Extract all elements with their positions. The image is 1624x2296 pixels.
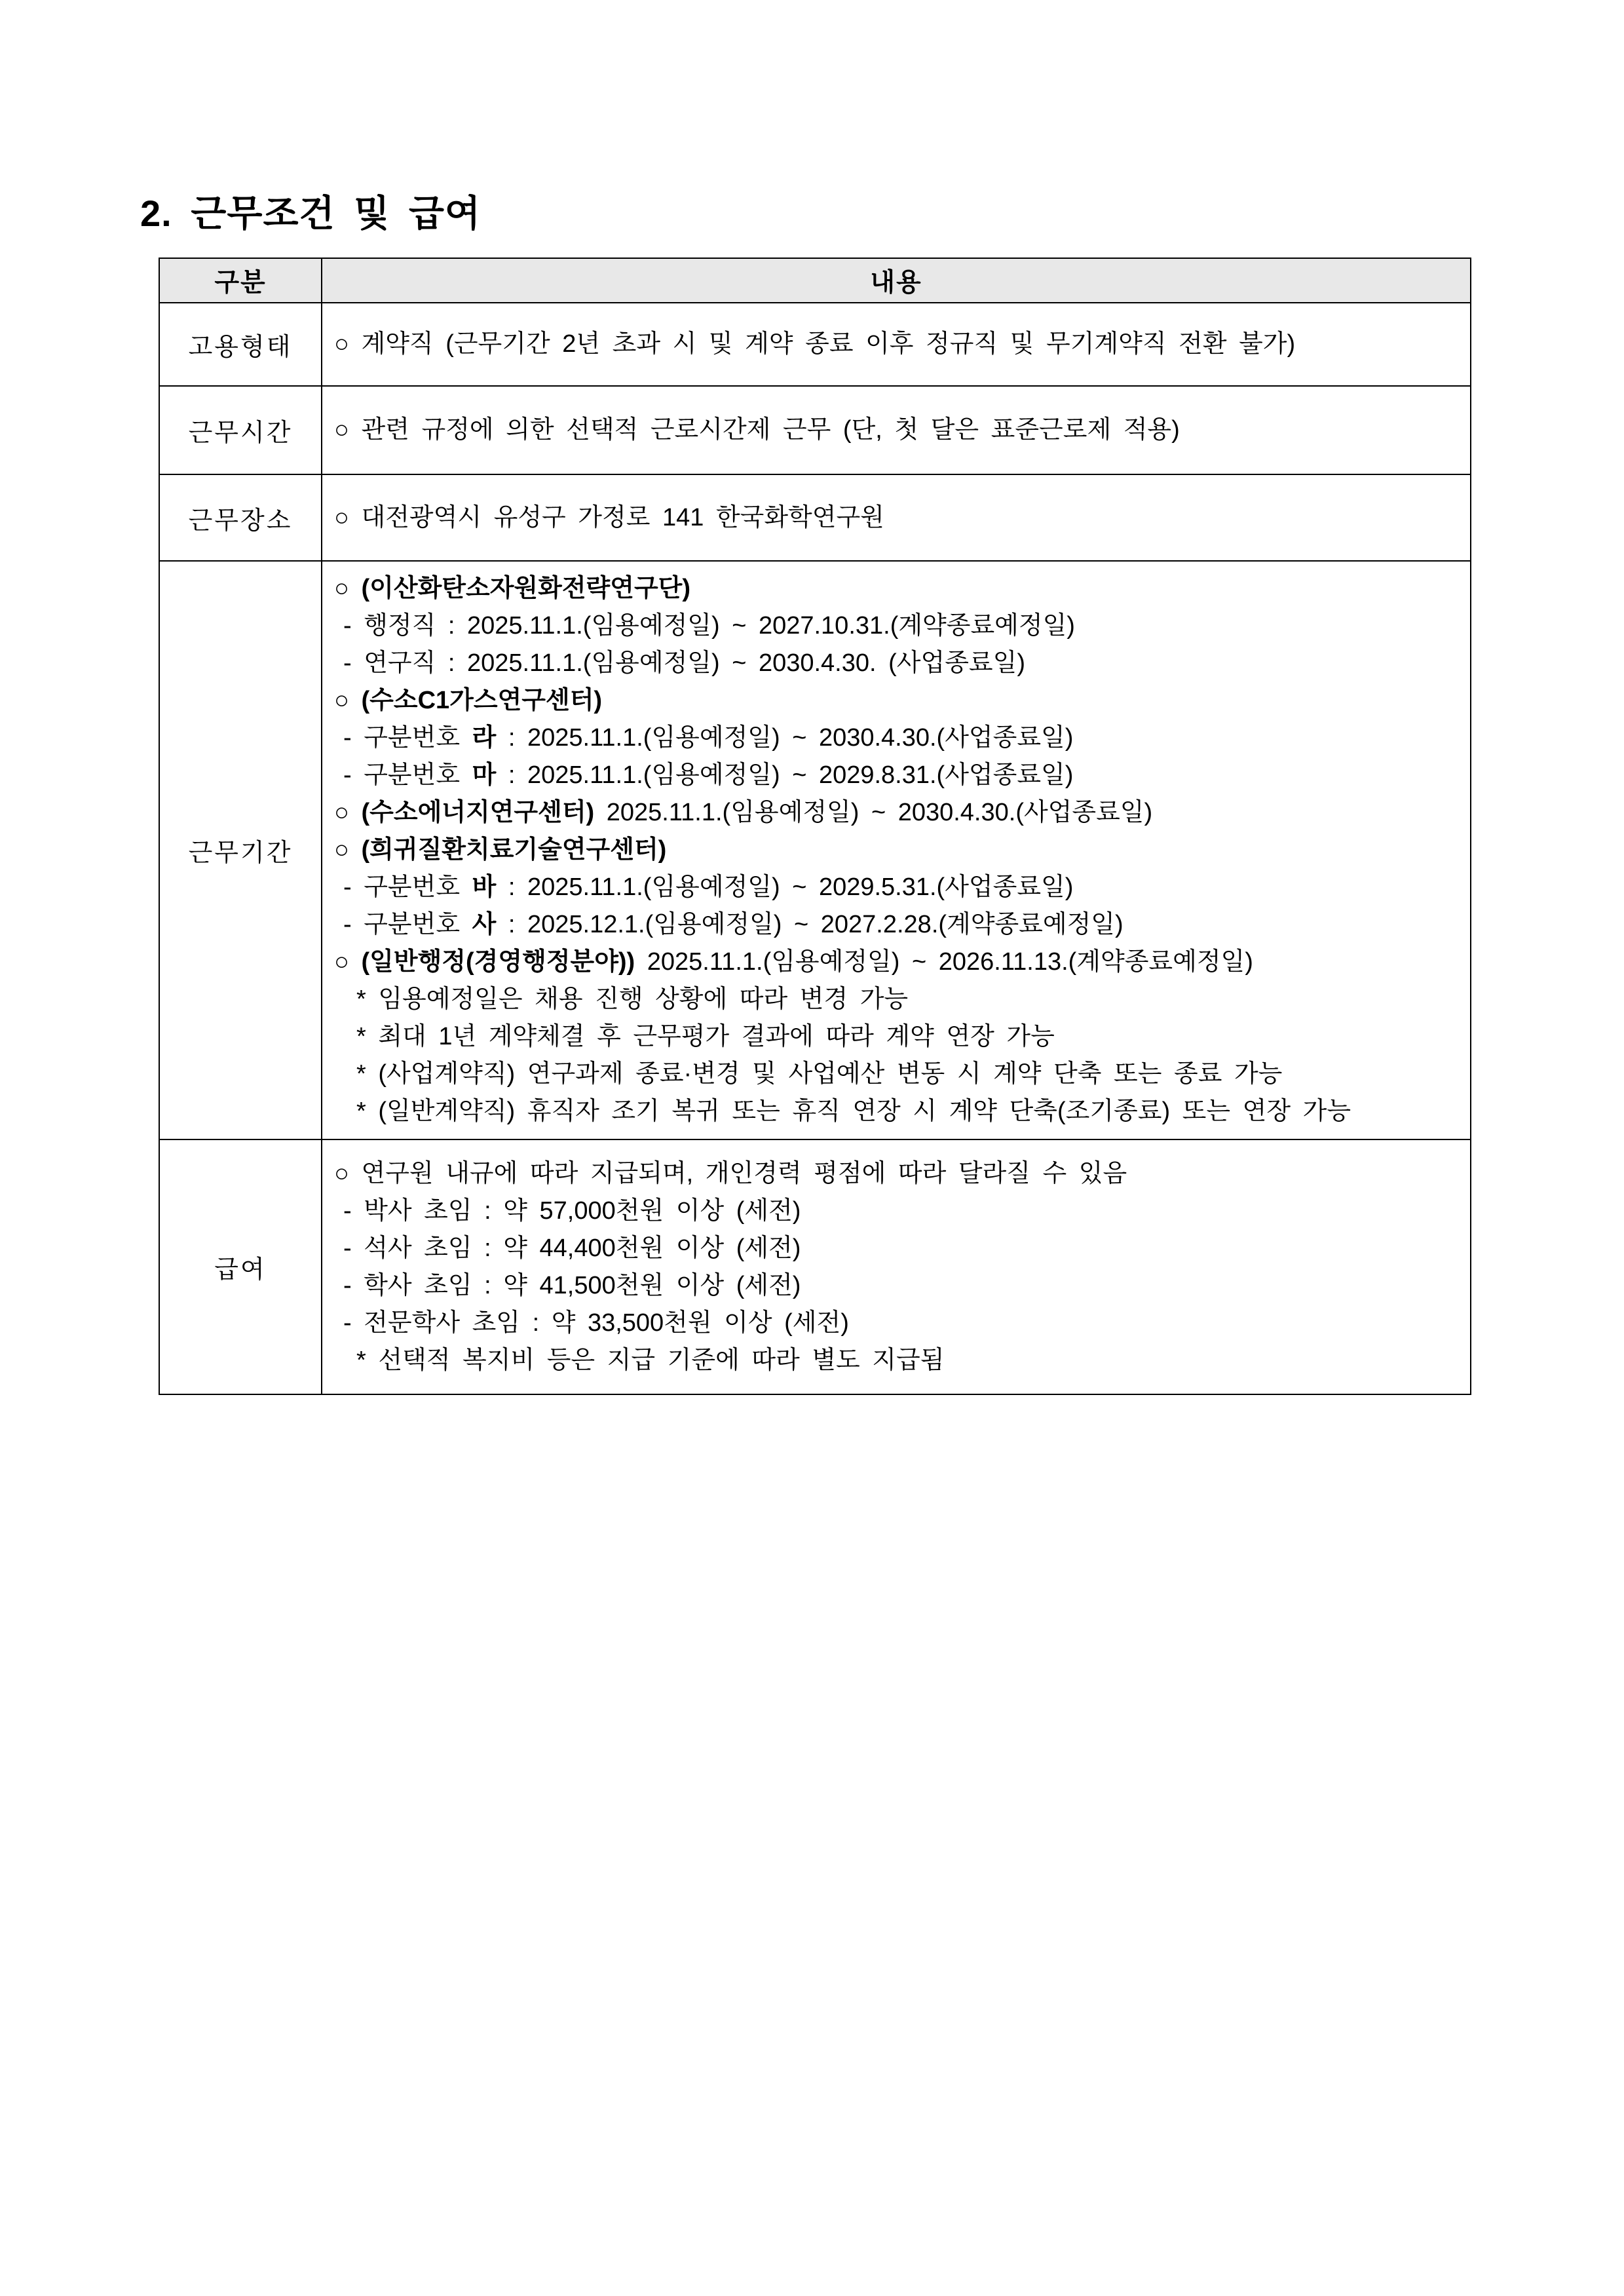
text-segment: : 2025.11.1.(임용예정일) ~ 2030.4.30.(사업종료일): [496, 724, 1073, 752]
text-segment-bold: (이산화탄소자원화전략연구단): [362, 575, 691, 602]
content-line: ○ (수소에너지연구센터) 2025.11.1.(임용예정일) ~ 2030.4…: [331, 794, 1460, 832]
row-content-work-period: ○ (이산화탄소자원화전략연구단)- 행정직 : 2025.11.1.(임용예정…: [322, 561, 1471, 1139]
text-segment: ○: [334, 948, 362, 976]
text-segment: - 구분번호: [343, 873, 472, 901]
text-segment-bold: 바: [472, 873, 497, 901]
content-line: ○ (수소C1가스연구센터): [331, 682, 1460, 719]
content-line: - 연구직 : 2025.11.1.(임용예정일) ~ 2030.4.30. (…: [331, 645, 1460, 682]
content-line: ○ 대전광역시 유성구 가정로 141 한국화학연구원: [331, 499, 1460, 537]
text-segment: - 연구직 : 2025.11.1.(임용예정일) ~ 2030.4.30. (…: [343, 649, 1025, 677]
text-segment: - 학사 초임 : 약 41,500천원 이상 (세전): [343, 1272, 801, 1299]
text-segment: - 구분번호: [343, 761, 472, 789]
row-label-work-period: 근무기간: [159, 561, 322, 1139]
text-segment: ○ 연구원 내규에 따라 지급되며, 개인경력 평점에 따라 달라질 수 있음: [334, 1160, 1127, 1187]
text-segment: 2025.11.1.(임용예정일) ~ 2026.11.13.(계약종료예정일): [635, 948, 1253, 976]
text-segment: - 구분번호: [343, 724, 472, 752]
text-segment-bold: (수소C1가스연구센터): [362, 687, 603, 714]
table-row-work-period: 근무기간○ (이산화탄소자원화전략연구단)- 행정직 : 2025.11.1.(…: [159, 561, 1471, 1139]
text-segment: - 전문학사 초임 : 약 33,500천원 이상 (세전): [343, 1309, 849, 1337]
text-segment: * 선택적 복지비 등은 지급 기준에 따라 별도 지급됨: [356, 1347, 944, 1374]
table-row-salary: 급여○ 연구원 내규에 따라 지급되며, 개인경력 평점에 따라 달라질 수 있…: [159, 1139, 1471, 1394]
row-content-work-location: ○ 대전광역시 유성구 가정로 141 한국화학연구원: [322, 474, 1471, 561]
content-line: - 석사 초임 : 약 44,400천원 이상 (세전): [331, 1230, 1460, 1267]
text-segment-bold: 라: [472, 724, 497, 752]
row-label-salary: 급여: [159, 1139, 322, 1394]
content-line: - 구분번호 라 : 2025.11.1.(임용예정일) ~ 2030.4.30…: [331, 719, 1460, 757]
table-row-employment-type: 고용형태○ 계약직 (근무기간 2년 초과 시 및 계약 종료 이후 정규직 및…: [159, 303, 1471, 386]
text-segment-bold: (수소에너지연구센터): [362, 799, 595, 826]
text-segment: ○: [334, 799, 362, 826]
text-segment: * 임용예정일은 채용 진행 상황에 따라 변경 가능: [356, 985, 908, 1013]
row-content-working-hours: ○ 관련 규정에 의한 선택적 근로시간제 근무 (단, 첫 달은 표준근로제 …: [322, 386, 1471, 474]
document-page: 2. 근무조건 및 급여 구분 내용 고용형태○ 계약직 (근무기간 2년 초과…: [0, 0, 1624, 2296]
text-segment: ○: [334, 687, 362, 714]
text-segment: * (사업계약직) 연구과제 종료·변경 및 사업예산 변동 시 계약 단축 또…: [356, 1060, 1282, 1088]
header-content: 내용: [322, 258, 1471, 303]
content-line: ○ 연구원 내규에 따라 지급되며, 개인경력 평점에 따라 달라질 수 있음: [331, 1155, 1460, 1193]
text-segment-bold: (일반행정(경영행정분야)): [362, 948, 635, 976]
text-segment: ○ 관련 규정에 의한 선택적 근로시간제 근무 (단, 첫 달은 표준근로제 …: [334, 416, 1180, 444]
conditions-table: 구분 내용 고용형태○ 계약직 (근무기간 2년 초과 시 및 계약 종료 이후…: [159, 258, 1471, 1395]
text-segment: * (일반계약직) 휴직자 조기 복귀 또는 휴직 연장 시 계약 단축(조기종…: [356, 1098, 1351, 1125]
row-label-working-hours: 근무시간: [159, 386, 322, 474]
content-line: * 선택적 복지비 등은 지급 기준에 따라 별도 지급됨: [331, 1342, 1460, 1379]
content-line: - 학사 초임 : 약 41,500천원 이상 (세전): [331, 1267, 1460, 1305]
header-category: 구분: [159, 258, 322, 303]
text-segment: : 2025.11.1.(임용예정일) ~ 2029.5.31.(사업종료일): [496, 873, 1073, 901]
content-line: ○ (이산화탄소자원화전략연구단): [331, 570, 1460, 607]
content-line: - 행정직 : 2025.11.1.(임용예정일) ~ 2027.10.31.(…: [331, 607, 1460, 645]
page-title: 2. 근무조건 및 급여: [140, 185, 481, 237]
text-segment: - 행정직 : 2025.11.1.(임용예정일) ~ 2027.10.31.(…: [343, 612, 1075, 640]
content-line: ○ (일반행정(경영행정분야)) 2025.11.1.(임용예정일) ~ 202…: [331, 944, 1460, 981]
text-segment-bold: (희귀질환치료기술연구센터): [362, 836, 667, 864]
content-line: - 박사 초임 : 약 57,000천원 이상 (세전): [331, 1193, 1460, 1230]
row-content-employment-type: ○ 계약직 (근무기간 2년 초과 시 및 계약 종료 이후 정규직 및 무기계…: [322, 303, 1471, 386]
content-line: ○ 관련 규정에 의한 선택적 근로시간제 근무 (단, 첫 달은 표준근로제 …: [331, 411, 1460, 449]
text-segment: ○: [334, 575, 362, 602]
table-row-work-location: 근무장소○ 대전광역시 유성구 가정로 141 한국화학연구원: [159, 474, 1471, 561]
content-line: * 임용예정일은 채용 진행 상황에 따라 변경 가능: [331, 981, 1460, 1018]
text-segment: ○ 대전광역시 유성구 가정로 141 한국화학연구원: [334, 504, 884, 531]
content-line: - 전문학사 초임 : 약 33,500천원 이상 (세전): [331, 1305, 1460, 1342]
text-segment: - 구분번호: [343, 911, 472, 938]
table-body: 고용형태○ 계약직 (근무기간 2년 초과 시 및 계약 종료 이후 정규직 및…: [159, 303, 1471, 1394]
table-header-row: 구분 내용: [159, 258, 1471, 303]
content-line: * 최대 1년 계약체결 후 근무평가 결과에 따라 계약 연장 가능: [331, 1018, 1460, 1056]
table-row-working-hours: 근무시간○ 관련 규정에 의한 선택적 근로시간제 근무 (단, 첫 달은 표준…: [159, 386, 1471, 474]
content-line: - 구분번호 바 : 2025.11.1.(임용예정일) ~ 2029.5.31…: [331, 869, 1460, 906]
text-segment: 2025.11.1.(임용예정일) ~ 2030.4.30.(사업종료일): [594, 799, 1152, 826]
content-line: - 구분번호 마 : 2025.11.1.(임용예정일) ~ 2029.8.31…: [331, 757, 1460, 794]
text-segment: - 석사 초임 : 약 44,400천원 이상 (세전): [343, 1234, 801, 1262]
text-segment: ○: [334, 836, 362, 864]
text-segment: ○ 계약직 (근무기간 2년 초과 시 및 계약 종료 이후 정규직 및 무기계…: [334, 330, 1295, 358]
row-content-salary: ○ 연구원 내규에 따라 지급되며, 개인경력 평점에 따라 달라질 수 있음-…: [322, 1139, 1471, 1394]
text-segment: - 박사 초임 : 약 57,000천원 이상 (세전): [343, 1197, 801, 1225]
text-segment-bold: 사: [472, 911, 497, 938]
text-segment: : 2025.12.1.(임용예정일) ~ 2027.2.28.(계약종료예정일…: [496, 911, 1123, 938]
content-line: ○ (희귀질환치료기술연구센터): [331, 832, 1460, 869]
row-label-work-location: 근무장소: [159, 474, 322, 561]
row-label-employment-type: 고용형태: [159, 303, 322, 386]
text-segment: * 최대 1년 계약체결 후 근무평가 결과에 따라 계약 연장 가능: [356, 1023, 1055, 1050]
text-segment-bold: 마: [472, 761, 497, 789]
content-line: * (사업계약직) 연구과제 종료·변경 및 사업예산 변동 시 계약 단축 또…: [331, 1056, 1460, 1093]
content-line: - 구분번호 사 : 2025.12.1.(임용예정일) ~ 2027.2.28…: [331, 906, 1460, 944]
content-line: * (일반계약직) 휴직자 조기 복귀 또는 휴직 연장 시 계약 단축(조기종…: [331, 1093, 1460, 1130]
content-line: ○ 계약직 (근무기간 2년 초과 시 및 계약 종료 이후 정규직 및 무기계…: [331, 326, 1460, 363]
text-segment: : 2025.11.1.(임용예정일) ~ 2029.8.31.(사업종료일): [496, 761, 1073, 789]
